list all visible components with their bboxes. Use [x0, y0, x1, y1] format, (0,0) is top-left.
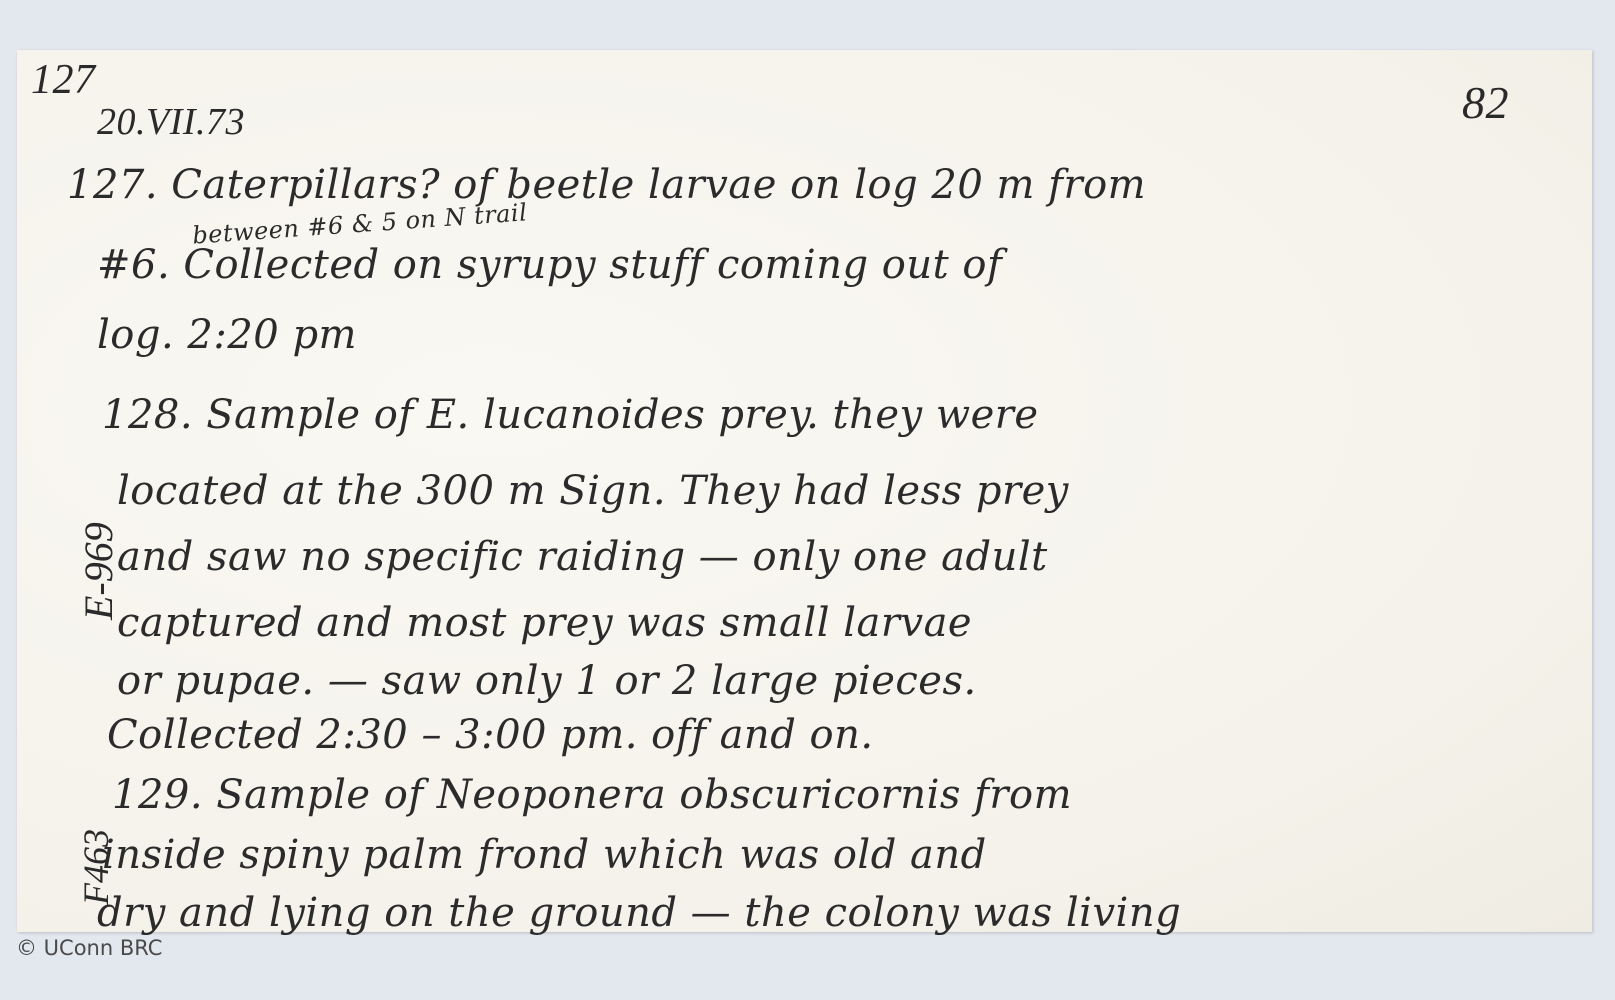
record-date: 20.VII.73 [97, 100, 245, 144]
entry-line: #6. Collected on syrupy stuff coming out… [97, 242, 1002, 288]
entry-line: 128. Sample of E. lucanoides prey. they … [102, 392, 1039, 438]
entry-line: Collected 2:30 – 3:00 pm. off and on. [107, 712, 874, 758]
corner-number: 127 [31, 56, 96, 104]
copyright-caption: © UConn BRC [16, 936, 162, 960]
entry-line: or pupae. — saw only 1 or 2 large pieces… [117, 658, 977, 704]
archival-index-card: 127 20.VII.73 82 127. Caterpillars? of b… [17, 50, 1592, 932]
margin-catalog-number: F463 [75, 829, 117, 905]
entry-line: located at the 300 m Sign. They had less… [117, 468, 1069, 514]
entry-line: captured and most prey was small larvae [117, 600, 972, 646]
entry-line: and saw no specific raiding — only one a… [117, 534, 1048, 580]
entry-line: log. 2:20 pm [97, 312, 357, 358]
margin-catalog-number: E-969 [75, 522, 122, 620]
page-number: 82 [1462, 76, 1509, 129]
entry-line: inside spiny palm frond which was old an… [102, 832, 987, 878]
entry-line: dry and lying on the ground — the colony… [97, 890, 1181, 936]
entry-line: 129. Sample of Neoponera obscuricornis f… [112, 772, 1072, 818]
entry-line: 127. Caterpillars? of beetle larvae on l… [67, 162, 1146, 208]
